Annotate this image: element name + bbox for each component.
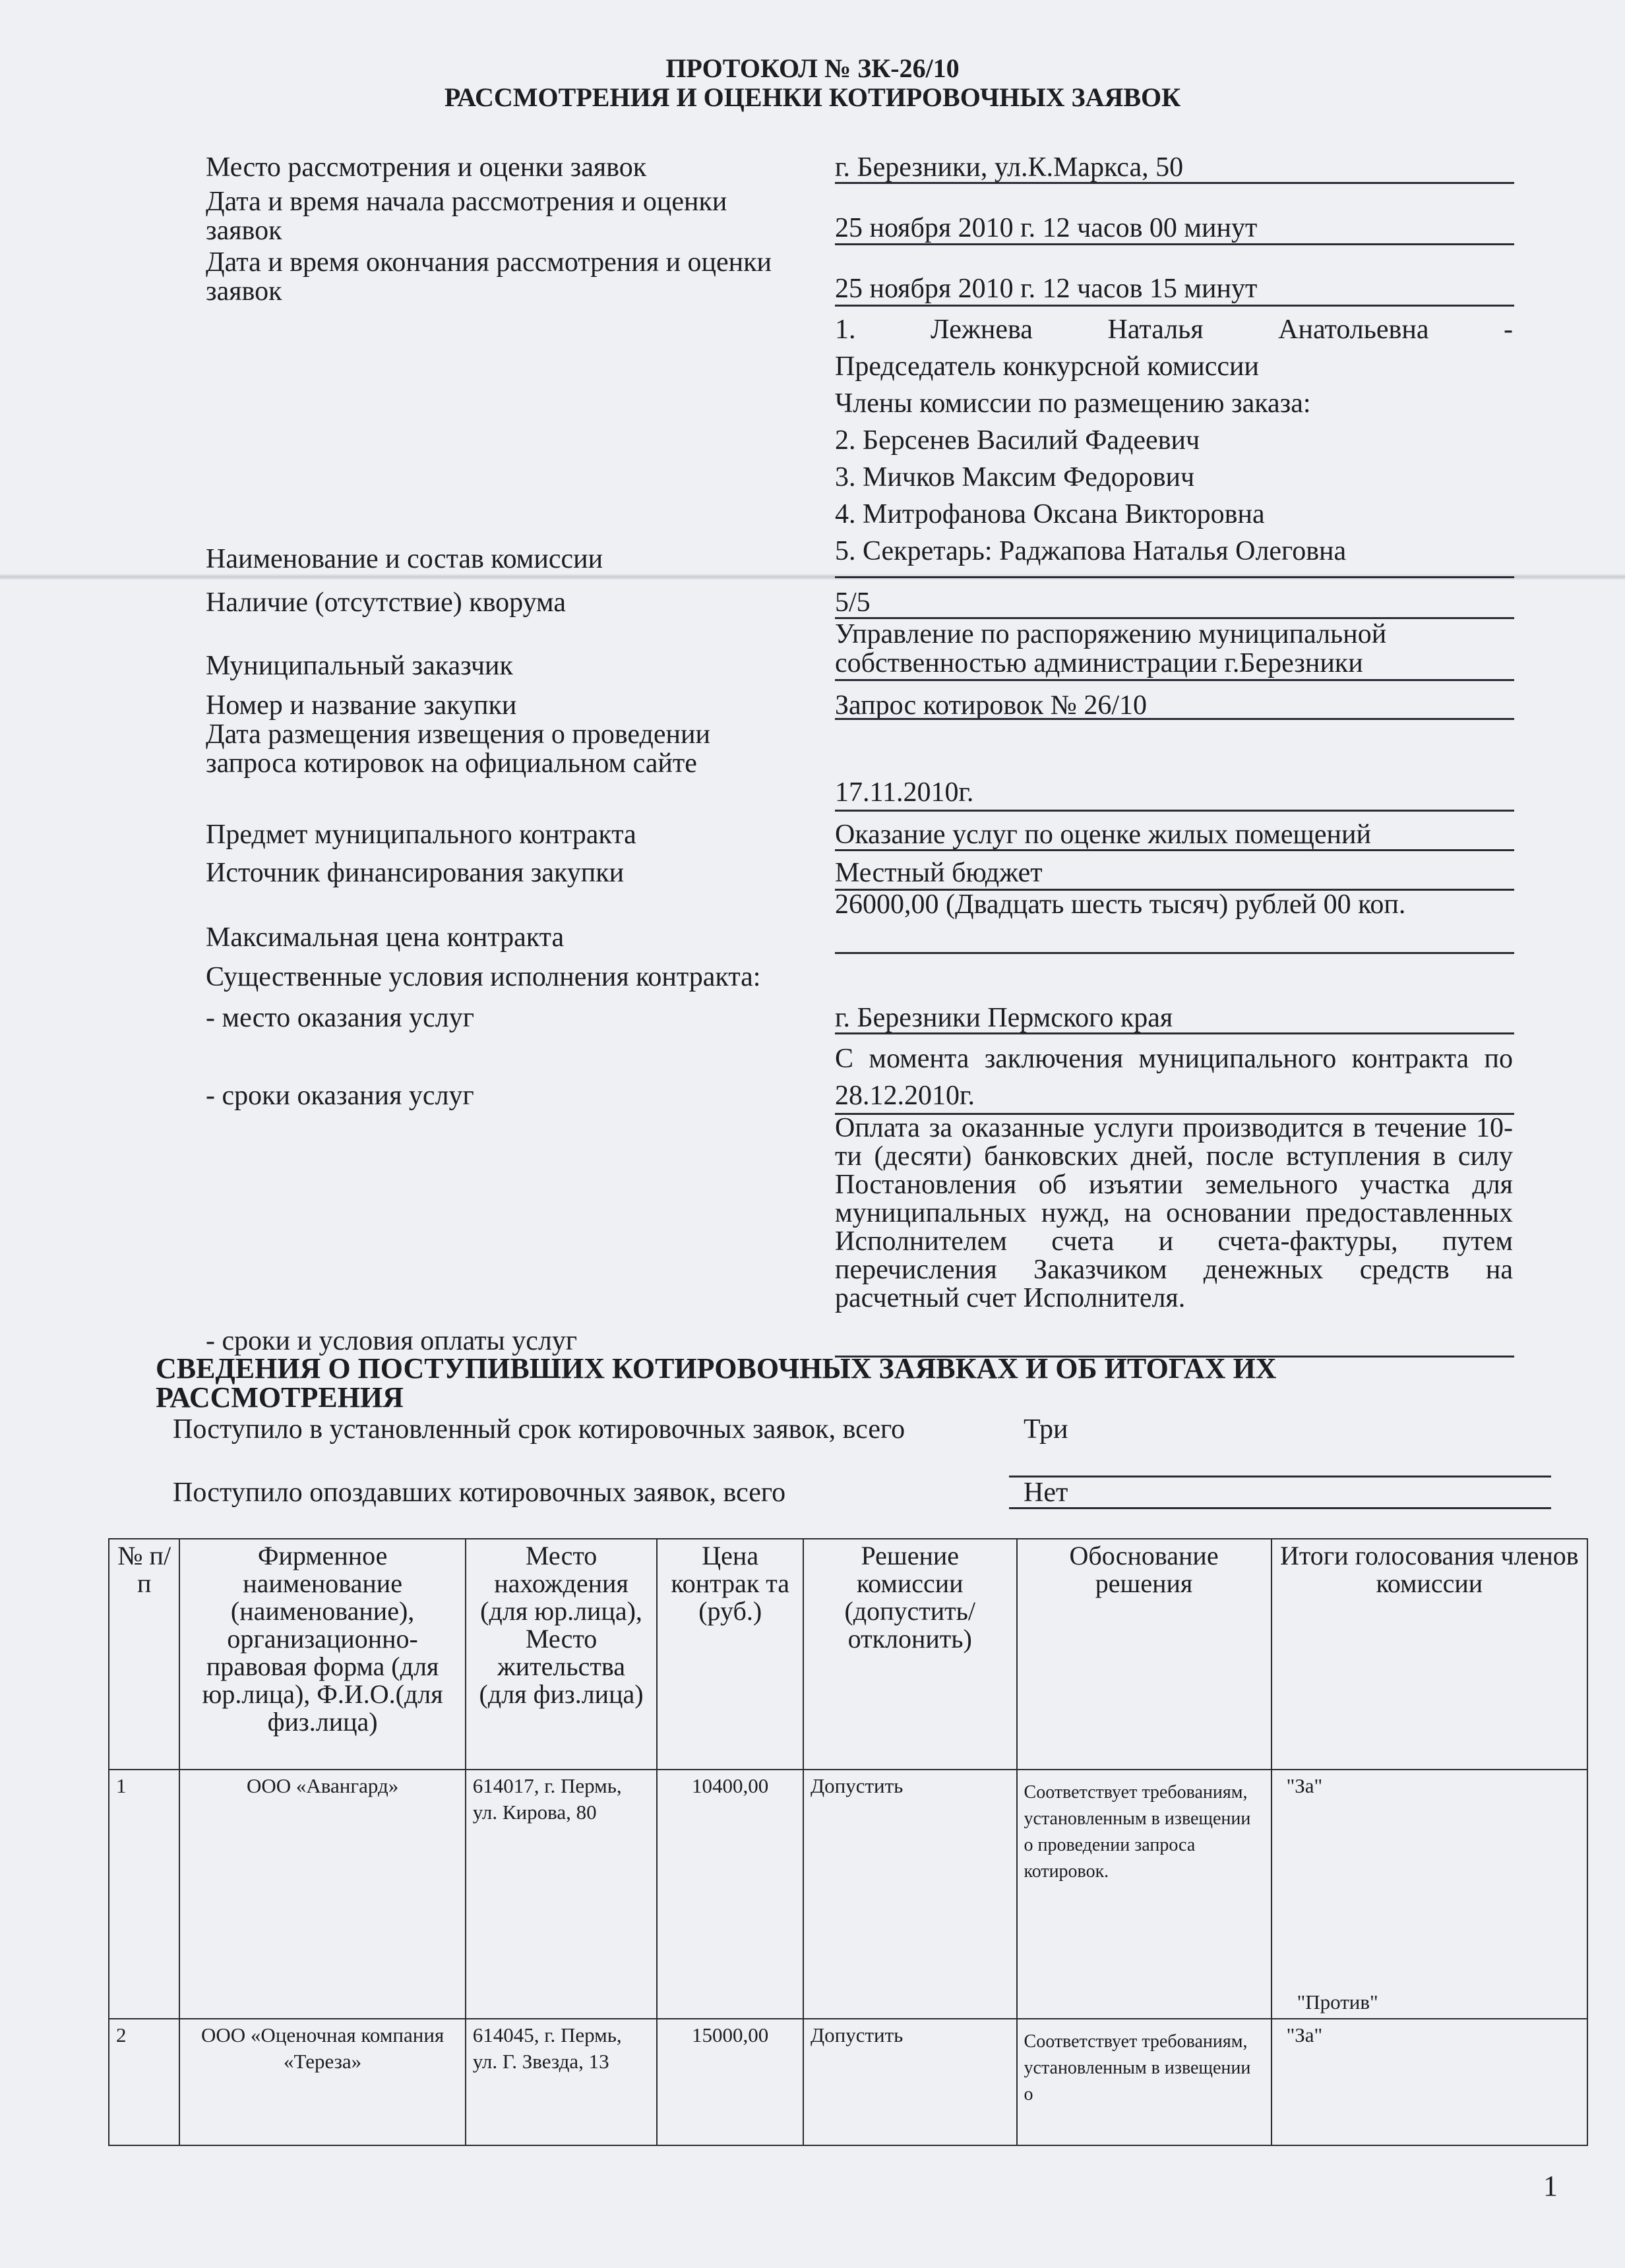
commission-list: 1. Лежнева Наталья Анатольевна - Председ… [835, 311, 1513, 570]
divider [835, 810, 1514, 812]
table-row: 1 ООО «Авангард» 614017, г. Пермь, ул. К… [109, 1770, 1587, 2019]
divider [835, 1032, 1514, 1034]
funding-value: Местный бюджет [835, 858, 1513, 887]
divider [835, 305, 1514, 307]
cell-number: 2 [109, 2019, 179, 2145]
start-value: 25 ноября 2010 г. 12 часов 00 минут [835, 214, 1513, 243]
cell-price: 15000,00 [657, 2019, 803, 2145]
purchase-label: Номер и название закупки [206, 691, 799, 720]
divider [835, 243, 1514, 245]
cell-reason: Соответствует требованиям, установленным… [1017, 2019, 1272, 2145]
commission-member: 5. Секретарь: Раджапова Наталья Олеговна [835, 533, 1513, 570]
col-header-reason: Обоснование решения [1017, 1539, 1272, 1770]
commission-members-heading: Члены комиссии по размещению заказа: [835, 385, 1513, 422]
payment-value: Оплата за оказанные услуги производится … [835, 1114, 1513, 1313]
divider [835, 849, 1514, 851]
divider [835, 182, 1514, 184]
cell-name: ООО «Оценочная компания «Тереза» [179, 2019, 465, 2145]
col-header-vote: Итоги голосования членов комиссии [1272, 1539, 1587, 1770]
commission-label: Наименование и состав комиссии [206, 545, 799, 574]
col-header-name: Фирменное наименование (наименование), о… [179, 1539, 465, 1770]
received-label: Поступило в установленный срок котировоч… [173, 1415, 997, 1444]
purchase-value: Запрос котировок № 26/10 [835, 691, 1513, 720]
notice-value: 17.11.2010г. [835, 778, 1513, 807]
commission-chair-line1: 1. Лежнева Наталья Анатольевна - [835, 311, 1513, 348]
cell-decision: Допустить [803, 1770, 1017, 2019]
cell-name: ООО «Авангард» [179, 1770, 465, 2019]
divider [835, 576, 1514, 578]
col-header-price: Цена контрак та (руб.) [657, 1539, 803, 1770]
vote-against: "Против" [1297, 1989, 1378, 2015]
title-line-2: РАССМОТРЕНИЯ И ОЦЕНКИ КОТИРОВОЧНЫХ ЗАЯВО… [0, 83, 1625, 112]
cell-number: 1 [109, 1770, 179, 2019]
cell-vote: "За" "Против" [1272, 1770, 1587, 2019]
page-number: 1 [1543, 2169, 1558, 2203]
bids-table: № п/п Фирменное наименование (наименован… [108, 1538, 1588, 2146]
table-header-row: № п/п Фирменное наименование (наименован… [109, 1539, 1587, 1770]
divider [1009, 1507, 1551, 1509]
notice-label: Дата размещения извещения о проведении з… [206, 720, 733, 778]
cell-price: 10400,00 [657, 1770, 803, 2019]
late-label: Поступило опоздавших котировочных заявок… [173, 1478, 997, 1507]
cell-reason: Соответствует требованиям, установленным… [1017, 1770, 1272, 2019]
vote-for: "За" [1279, 1773, 1580, 1799]
subject-value: Оказание услуг по оценке жилых помещений [835, 820, 1513, 849]
commission-member: 4. Митрофанова Оксана Викторовна [835, 496, 1513, 533]
vote-container: "За" "Против" [1279, 1773, 1580, 2015]
place-label: Место рассмотрения и оценки заявок [206, 153, 799, 182]
commission-member: 2. Берсенев Василий Фадеевич [835, 422, 1513, 459]
table-row: 2 ООО «Оценочная компания «Тереза» 61404… [109, 2019, 1587, 2145]
document-title: ПРОТОКОЛ № ЗК-26/10 РАССМОТРЕНИЯ И ОЦЕНК… [0, 54, 1625, 112]
cell-vote: "За" [1272, 2019, 1587, 2145]
maxprice-value: 26000,00 (Двадцать шесть тысяч) рублей 0… [835, 890, 1475, 919]
divider [835, 952, 1514, 954]
late-value: Нет [1024, 1478, 1068, 1507]
title-line-1: ПРОТОКОЛ № ЗК-26/10 [0, 54, 1625, 83]
payment-label: - сроки и условия оплаты услуг [206, 1327, 799, 1356]
end-value: 25 ноября 2010 г. 12 часов 15 минут [835, 274, 1513, 303]
cell-address: 614017, г. Пермь, ул. Кирова, 80 [466, 1770, 658, 2019]
end-label: Дата и время окончания рассмотрения и оц… [206, 248, 799, 306]
customer-value: Управление по распоряжению муниципальной… [835, 620, 1513, 678]
divider [835, 679, 1514, 681]
maxprice-label: Максимальная цена контракта [206, 923, 799, 952]
divider [1009, 1476, 1551, 1477]
service-place-label: - место оказания услуг [206, 1003, 799, 1032]
subject-label: Предмет муниципального контракта [206, 820, 799, 849]
quorum-value: 5/5 [835, 588, 1513, 617]
col-header-decision: Решение комиссии (допустить/ отклонить) [803, 1539, 1017, 1770]
received-value: Три [1024, 1415, 1068, 1444]
section-title: СВЕДЕНИЯ О ПОСТУПИВШИХ КОТИРОВОЧНЫХ ЗАЯВ… [156, 1354, 1475, 1412]
col-header-address: Место нахождения (для юр.лица), Место жи… [466, 1539, 658, 1770]
conditions-heading: Существенные условия исполнения контракт… [206, 963, 1129, 992]
funding-label: Источник финансирования закупки [206, 858, 799, 887]
cell-decision: Допустить [803, 2019, 1017, 2145]
place-value: г. Березники, ул.К.Маркса, 50 [835, 153, 1513, 182]
divider [835, 718, 1514, 720]
col-header-number: № п/п [109, 1539, 179, 1770]
customer-label: Муниципальный заказчик [206, 651, 799, 680]
service-terms-label: - сроки оказания услуг [206, 1081, 799, 1110]
start-label: Дата и время начала рассмотрения и оценк… [206, 187, 786, 245]
service-terms-value: С момента заключения муниципального конт… [835, 1040, 1513, 1114]
document-page: ПРОТОКОЛ № ЗК-26/10 РАССМОТРЕНИЯ И ОЦЕНК… [0, 0, 1625, 2268]
commission-member: 3. Мичков Максим Федорович [835, 459, 1513, 496]
service-place-value: г. Березники Пермского края [835, 1003, 1513, 1032]
cell-address: 614045, г. Пермь, ул. Г. Звезда, 13 [466, 2019, 658, 2145]
quorum-label: Наличие (отсутствие) кворума [206, 588, 799, 617]
commission-chair-line2: Председатель конкурсной комиссии [835, 348, 1513, 385]
